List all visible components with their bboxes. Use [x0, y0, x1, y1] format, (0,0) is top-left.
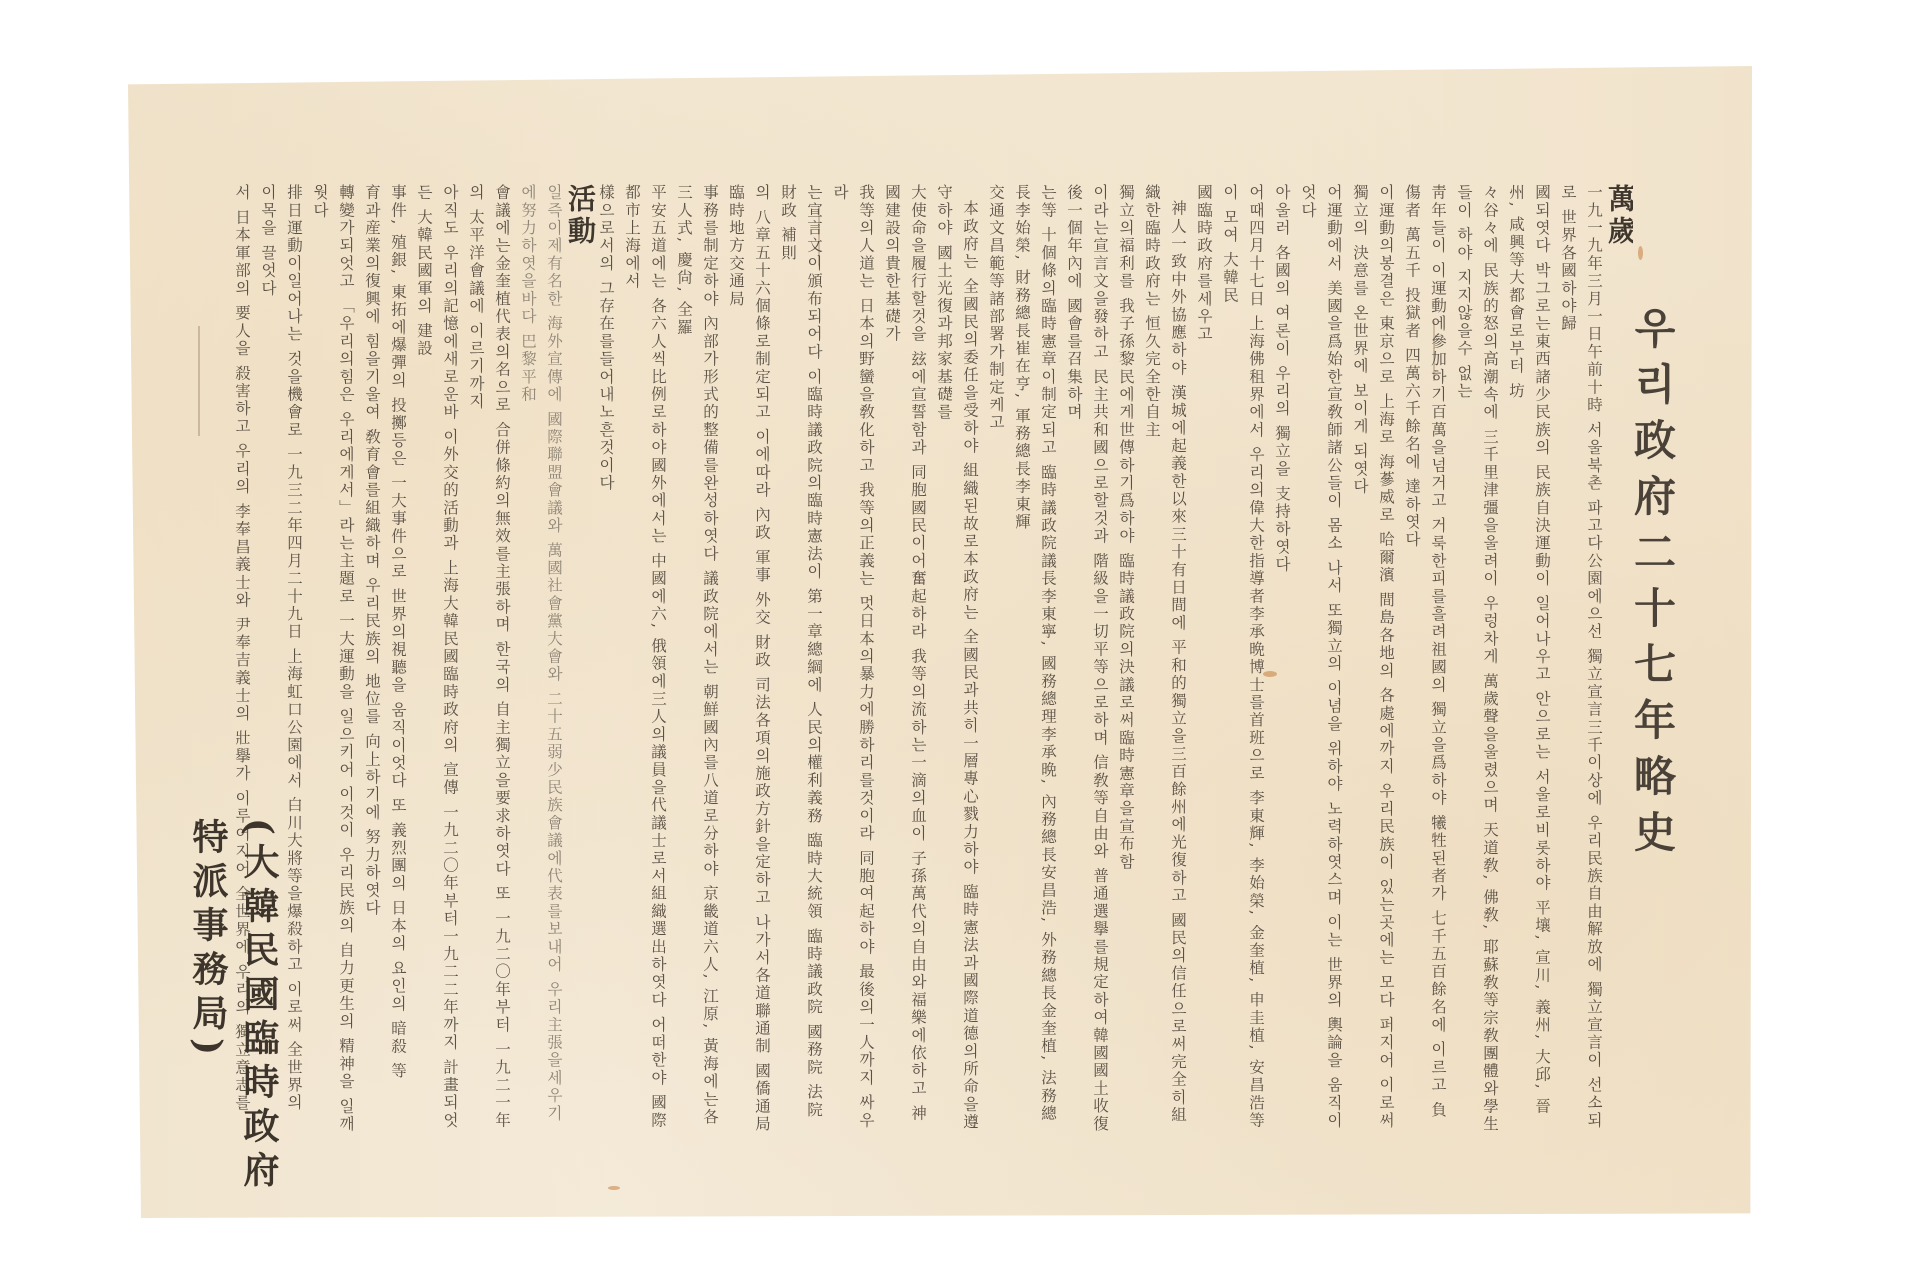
- paragraph: 轉變가되엇고 「우리의힘은 우리에게서」라는主題로 一大運動을 일으키어 이것이…: [307, 184, 359, 1134]
- paragraph: 일즉이제有名한 海外宣傳에 國際聯盟會議와 萬國社會黨大會와 二十五弱少民族會議…: [515, 184, 567, 1134]
- paragraph: 는等 十個條의臨時憲章이制定되고 臨時議政院議長李東寧, 國務總理李承晩, 內務…: [1009, 184, 1061, 1134]
- paragraph: 의 八章五十六個條로制定되고 이에따라 內政 軍事 外交 財政 司法各項의施政方…: [723, 184, 775, 1134]
- paragraph: 一九一九年三月一日午前十時 서울북촌 파고다公園에으선 獨立宣言三千이상에 우리…: [1555, 184, 1607, 1134]
- section-charter: 神人一致中外協應하야 漢城에起義한以來三十有日間에 平和的獨立을三百餘州에光復하…: [593, 184, 1191, 1134]
- paragraph: 어때四月十七日 上海佛租界에서 우리의偉大한指導者李承晩博士를首班으로 李東輝,…: [1217, 184, 1269, 1134]
- document-body: 萬歲 一九一九年三月一日午前十時 서울북촌 파고다公園에으선 獨立宣言三千이상에…: [233, 184, 1633, 1134]
- paragraph: 大使命을履行할것을 玆에宣誓함과 同胞國民이어奮起하라 我等의流하는一滴의血이 …: [879, 184, 931, 1134]
- paragraph: 神人一致中外協應하야 漢城에起義한以來三十有日間에 平和的獨立을三百餘州에光復하…: [1139, 184, 1191, 1134]
- paragraph: 國臨時政府를세우고: [1191, 184, 1217, 1134]
- ink-stain: [1638, 246, 1643, 260]
- paragraph: 이運動의봉결은 東京으로 上海로 海蔘威로 哈爾濱 間島各地의 各處에까지 우리…: [1347, 184, 1399, 1134]
- paragraph: 事件, 殖銀, 東拓에爆彈의 投擲등은 一大事件으로 世界의視聽을 움직이엇다 …: [385, 184, 411, 1134]
- paragraph: 育과産業의復興에 힘을기울여 敎育會를組織하며 우리民族의 地位를 向上하기에 …: [359, 184, 385, 1134]
- paragraph: 靑年들이 이運動에參加하기百萬을넘거고 거룩한피를흘려祖國의 獨立을爲하야 犧牲…: [1399, 184, 1451, 1134]
- paragraph: 아직도 우리의記憶에새로운바 이外交的活動과 上海大韓民國臨時政府의 宣傳 一九…: [411, 184, 463, 1134]
- paragraph: 獨立의福利를 我子孫黎民에게世傳하기爲하야 臨時議政院의決議로써臨時憲章을宣布함: [1113, 184, 1139, 1134]
- paragraph: 本政府는 全國民의委任을受하야 組織된故로本政府는 全國民과共히一層專心戮力하야…: [931, 184, 983, 1134]
- paragraph: 아울러 各國의 여론이 우리의 獨立을 支持하엿다: [1269, 184, 1295, 1134]
- paragraph: 我等의人道는 日本의野蠻을敎化하고 我等의正義는 멋日本의暴力에勝하리를것이라 …: [827, 184, 879, 1134]
- paragraph: 樣으로서의 그存在를들어내노흔것이다: [593, 184, 619, 1134]
- paper-crease: [198, 326, 200, 436]
- section-heading: 活動: [564, 184, 597, 248]
- paragraph: 는宣言文이頒布되어다 이臨時議政院의臨時憲法이 第一章總綱에 人民의權利義務 臨…: [775, 184, 827, 1134]
- paragraph: 々谷々에 民族的怒의高潮속에 三千里津彊을울려이 우렁차게 萬歲聲을울렸으며 天…: [1451, 184, 1503, 1134]
- section-heading: 萬歲: [1604, 184, 1633, 248]
- paragraph: 交通文昌範等諸部署가制定케고: [983, 184, 1009, 1134]
- document-sheet: 우리政府二十七年略史 萬歲 一九一九年三月一日午前十時 서울북촌 파고다公園에으…: [128, 66, 1752, 1218]
- section-mansei: 萬歲 一九一九年三月一日午前十時 서울북촌 파고다公園에으선 獨立宣言三千이상에…: [1191, 184, 1629, 1134]
- paragraph: 平安五道에는 各六人씩比例로하야國外에서는 中國에六, 俄領에三人의議員을代議士…: [619, 184, 671, 1134]
- paragraph: 國되엿다 박그로는東西諸少民族의 民族自決運動이 일어나우고 안으로는 서울로비…: [1503, 184, 1555, 1134]
- ink-stain: [608, 1186, 620, 1190]
- paragraph: 事務를制定하야 內部가形式的整備를완성하엿다 議政院에서는 朝鮮國內를八道로分하…: [671, 184, 723, 1134]
- paragraph: 會議에는金奎植代表의名으로 合併條約의無效를主張하며 한국의 自主獨立을要求하엿…: [463, 184, 515, 1134]
- issuer-signature: (大韓民國臨時政府特派事務局): [183, 818, 285, 1218]
- paragraph: 이라는宣言文을發하고 民主共和國으로할것과 階級을一切平等으로하며 信敎等自由와…: [1061, 184, 1113, 1134]
- paragraph: 어運動에서 美國을爲始한宣敎師諸公들이 몸소 나서 또獨立의 이념을 위하야 노…: [1295, 184, 1347, 1134]
- section-activities: 活動 일즉이제有名한 海外宣傳에 國際聯盟會議와 萬國社會黨大會와 二十五弱少民…: [233, 184, 589, 1134]
